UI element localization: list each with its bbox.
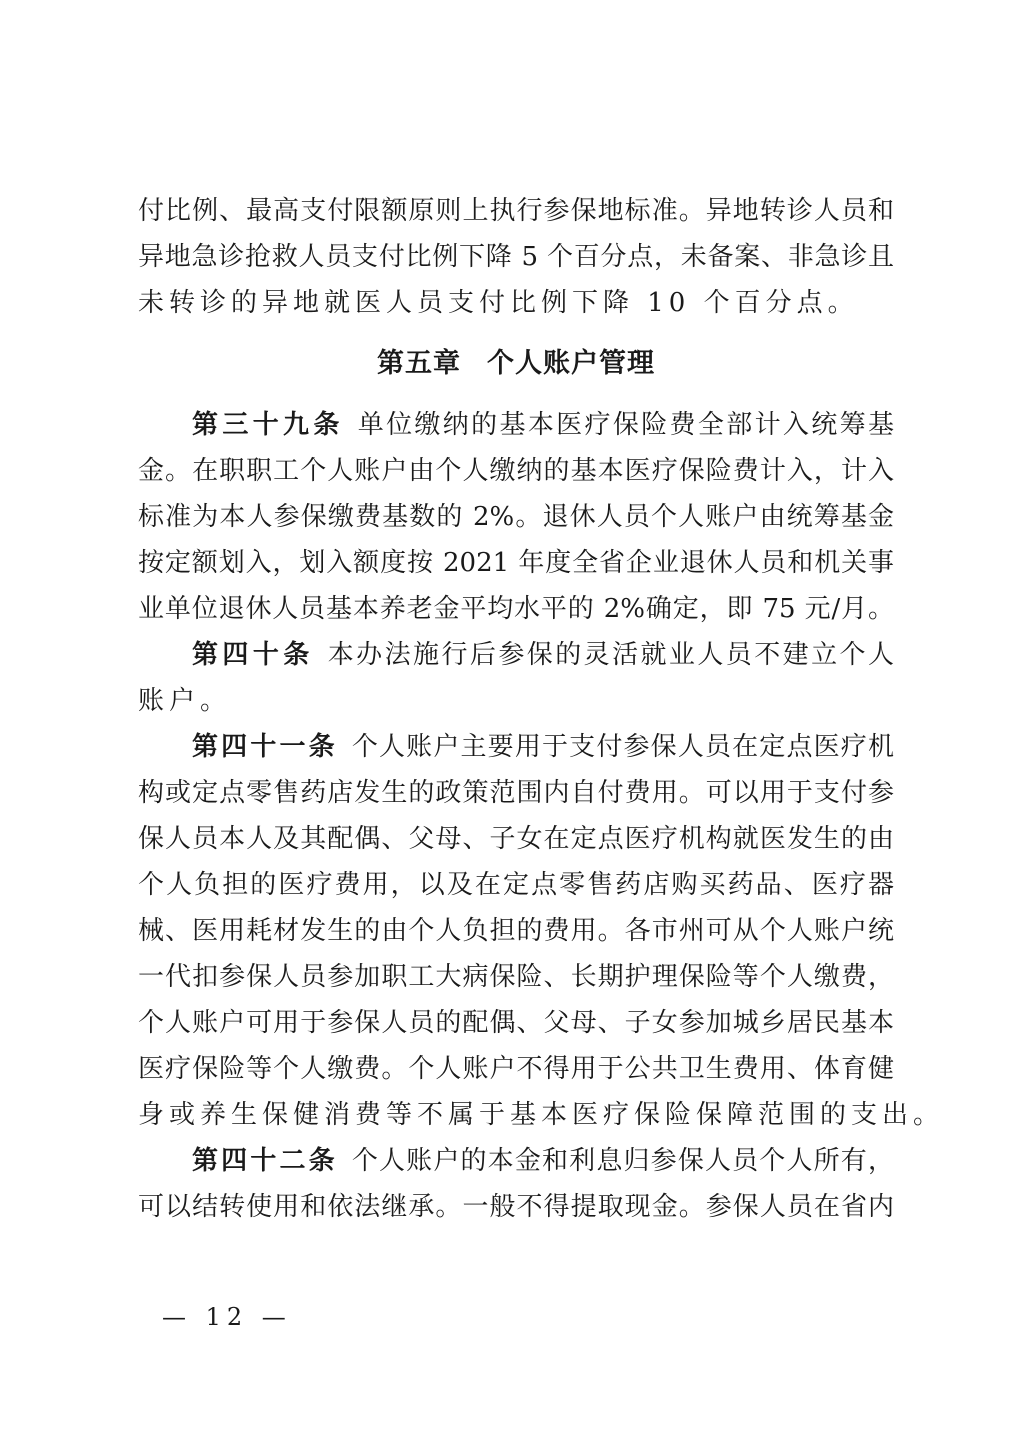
text-line: 金。在职职工个人账户由个人缴纳的基本医疗保险费计入，计入	[138, 448, 894, 494]
text-line: 账户。	[138, 678, 894, 724]
continued-paragraph: 付比例、最高支付限额原则上执行参保地标准。异地转诊人员和 异地急诊抢救人员支付比…	[138, 188, 894, 326]
article-41: 第四十一条个人账户主要用于支付参保人员在定点医疗机 构或定点零售药店发生的政策范…	[138, 724, 894, 1138]
text-line: 身或养生保健消费等不属于基本医疗保险保障范围的支出。	[138, 1092, 894, 1138]
chapter-number: 第五章	[377, 348, 461, 379]
chapter-heading: 第五章个人账户管理	[138, 328, 894, 400]
text-line: 械、医用耗材发生的由个人负担的费用。各市州可从个人账户统	[138, 908, 894, 954]
text-line: 第三十九条单位缴纳的基本医疗保险费全部计入统筹基	[138, 402, 894, 448]
text-line: 保人员本人及其配偶、父母、子女在定点医疗机构就医发生的由	[138, 816, 894, 862]
text-line: 第四十条本办法施行后参保的灵活就业人员不建立个人	[138, 632, 894, 678]
text-line: 付比例、最高支付限额原则上执行参保地标准。异地转诊人员和	[138, 188, 894, 234]
document-page: 付比例、最高支付限额原则上执行参保地标准。异地转诊人员和 异地急诊抢救人员支付比…	[138, 188, 894, 1230]
text-line: 可以结转使用和依法继承。一般不得提取现金。参保人员在省内	[138, 1184, 894, 1230]
text-line: 医疗保险等个人缴费。个人账户不得用于公共卫生费用、体育健	[138, 1046, 894, 1092]
article-text: 个人账户的本金和利息归参保人员个人所有，	[352, 1146, 894, 1176]
text-line: 未转诊的异地就医人员支付比例下降 10 个百分点。	[138, 280, 894, 326]
article-text: 单位缴纳的基本医疗保险费全部计入统筹基	[358, 410, 894, 440]
article-40: 第四十条本办法施行后参保的灵活就业人员不建立个人 账户。	[138, 632, 894, 724]
article-number: 第三十九条	[192, 410, 344, 440]
text-line: 构或定点零售药店发生的政策范围内自付费用。可以用于支付参	[138, 770, 894, 816]
article-39: 第三十九条单位缴纳的基本医疗保险费全部计入统筹基 金。在职职工个人账户由个人缴纳…	[138, 402, 894, 632]
article-text: 本办法施行后参保的灵活就业人员不建立个人	[328, 640, 894, 670]
text-line: 按定额划入，划入额度按 2021 年度全省企业退休人员和机关事	[138, 540, 894, 586]
page-number: — 12 —	[162, 1302, 292, 1332]
text-line: 异地急诊抢救人员支付比例下降 5 个百分点，未备案、非急诊且	[138, 234, 894, 280]
text-line: 第四十一条个人账户主要用于支付参保人员在定点医疗机	[138, 724, 894, 770]
article-42: 第四十二条个人账户的本金和利息归参保人员个人所有， 可以结转使用和依法继承。一般…	[138, 1138, 894, 1230]
article-number: 第四十一条	[192, 732, 338, 762]
article-number: 第四十二条	[192, 1146, 338, 1176]
text-line: 个人负担的医疗费用，以及在定点零售药店购买药品、医疗器	[138, 862, 894, 908]
chapter-title: 个人账户管理	[487, 348, 655, 379]
text-line: 标准为本人参保缴费基数的 2%。退休人员个人账户由统筹基金	[138, 494, 894, 540]
text-line: 一代扣参保人员参加职工大病保险、长期护理保险等个人缴费，	[138, 954, 894, 1000]
text-line: 第四十二条个人账户的本金和利息归参保人员个人所有，	[138, 1138, 894, 1184]
article-number: 第四十条	[192, 640, 314, 670]
text-line: 业单位退休人员基本养老金平均水平的 2%确定，即 75 元/月。	[138, 586, 894, 632]
article-text: 个人账户主要用于支付参保人员在定点医疗机	[352, 732, 894, 762]
text-line: 个人账户可用于参保人员的配偶、父母、子女参加城乡居民基本	[138, 1000, 894, 1046]
